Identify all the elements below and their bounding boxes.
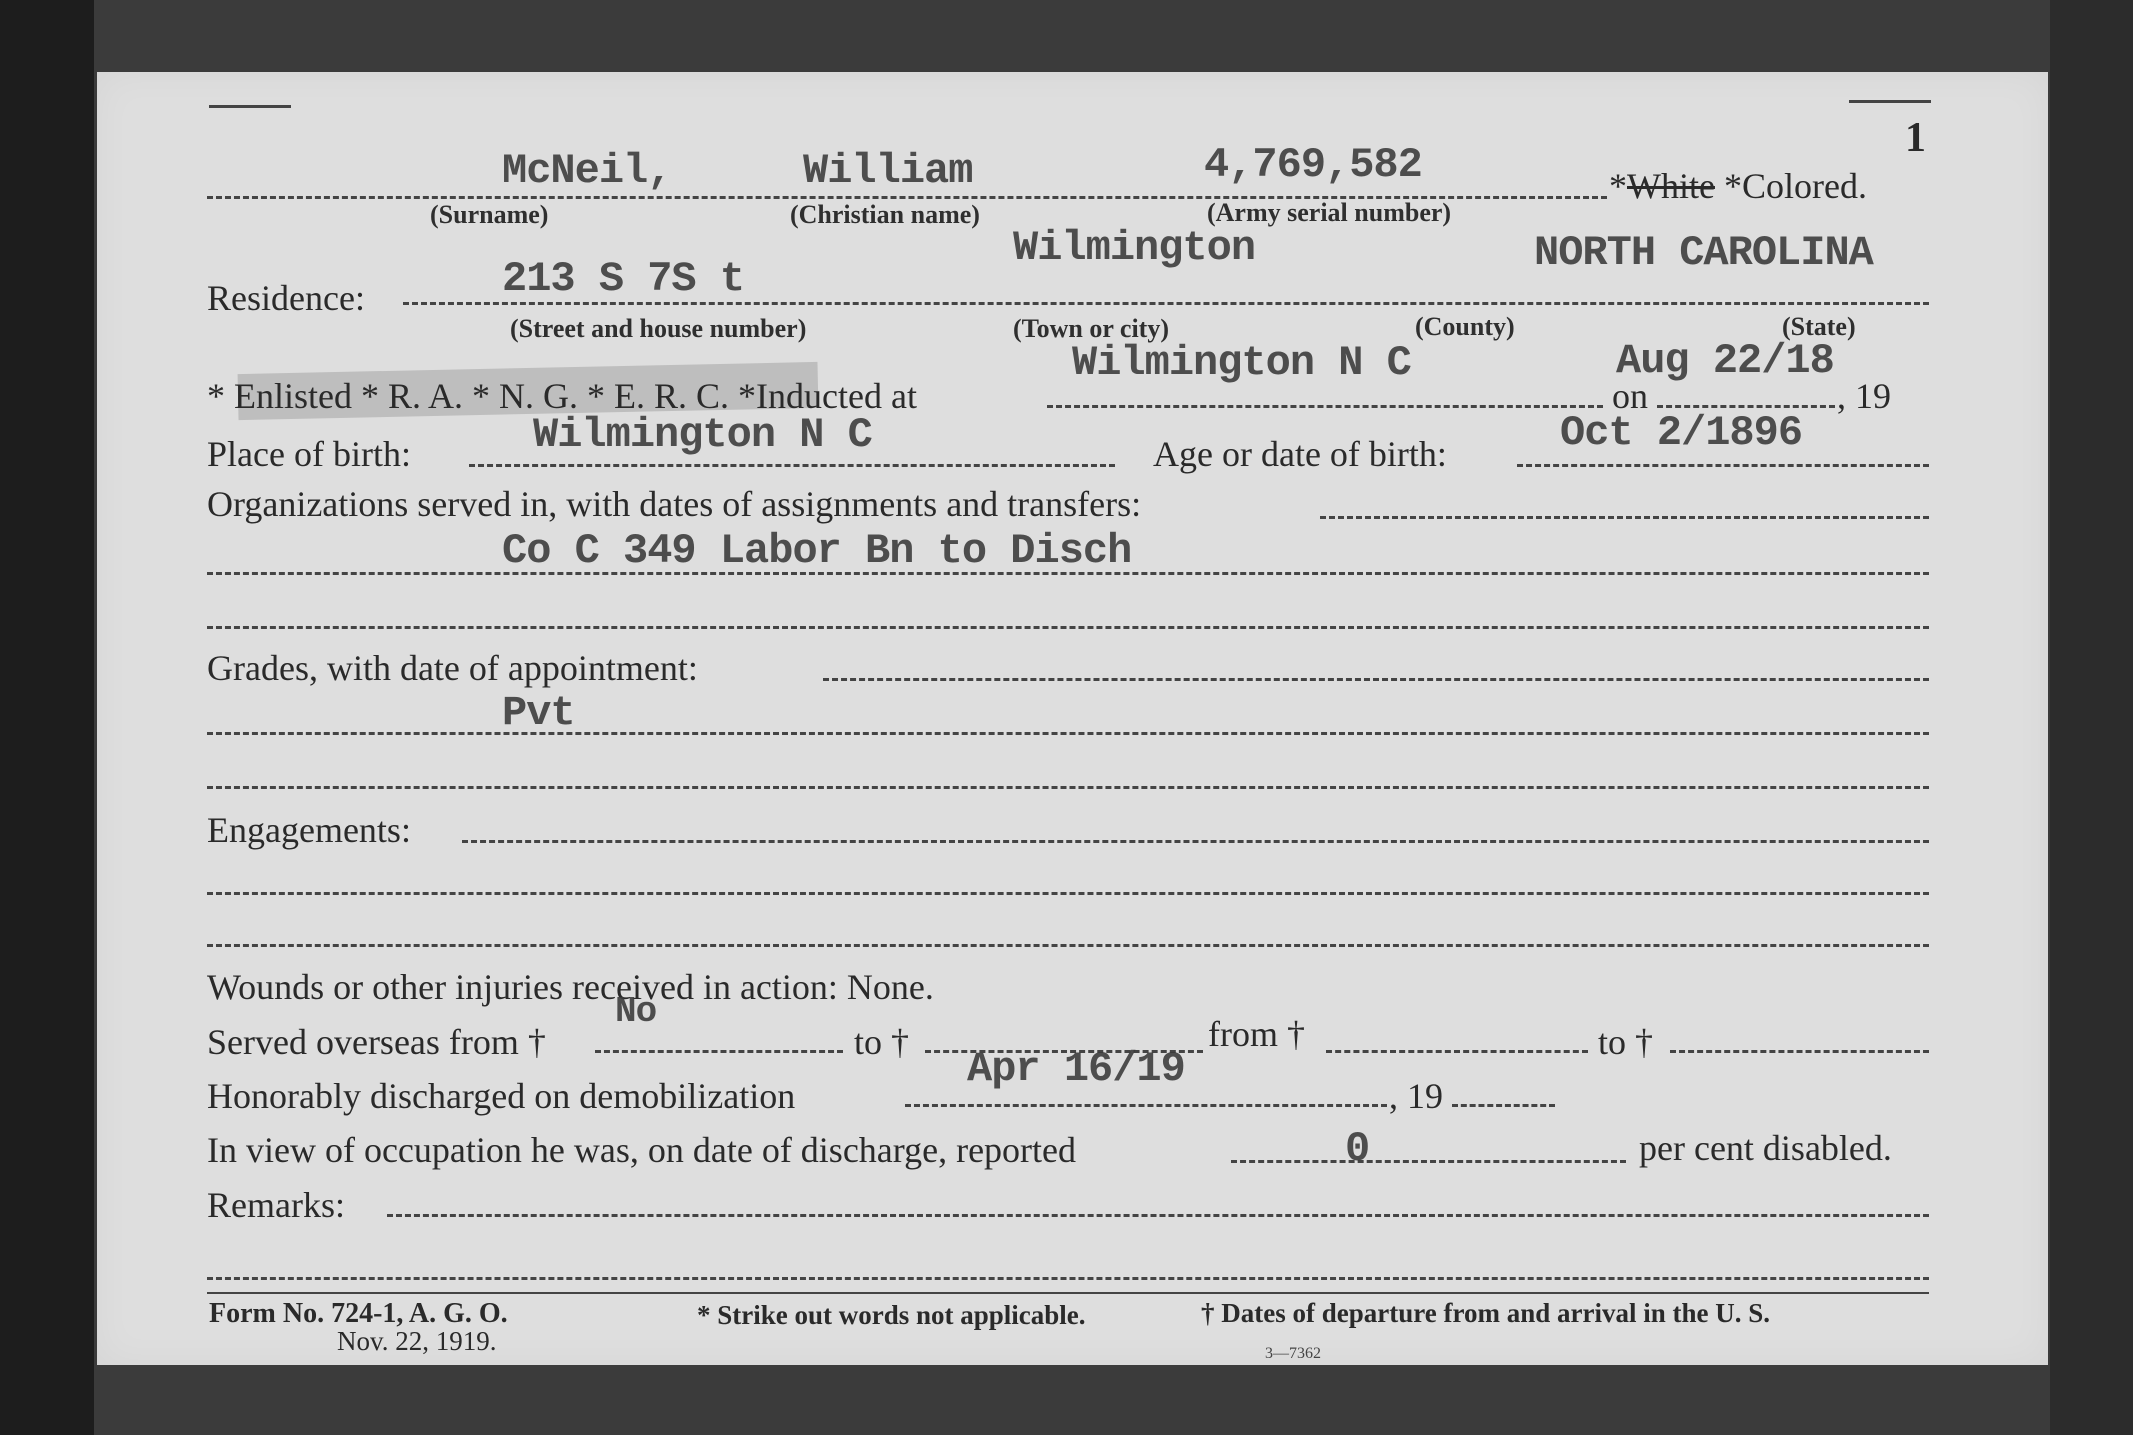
birth-place-value: Wilmington N C [533, 414, 872, 456]
race-colored: Colored. [1742, 166, 1867, 206]
discharge-line [905, 1104, 1387, 1107]
overseas-to2-line [1670, 1050, 1929, 1053]
county-label: (County) [1415, 314, 1515, 340]
organizations-label: Organizations served in, with dates of a… [207, 486, 1141, 522]
form-number: Form No. 724-1, A. G. O. [209, 1300, 508, 1328]
grades-label: Grades, with date of appointment: [207, 650, 698, 686]
corner-mark-left [209, 105, 291, 108]
organizations-line-1 [1320, 516, 1929, 519]
grades-line-1 [823, 678, 1929, 681]
discharge-date-value: Apr 16/19 [967, 1048, 1185, 1090]
grade-entry: Pvt [502, 692, 575, 734]
residence-state-value: NORTH CAROLINA [1534, 232, 1873, 274]
remarks-line-1 [387, 1214, 1929, 1217]
footer-rule [207, 1292, 1929, 1294]
inducted-date-value: Aug 22/18 [1616, 340, 1834, 382]
birth-place-label: Place of birth: [207, 436, 411, 472]
organizations-line-2 [207, 572, 1929, 575]
surname-label: (Surname) [430, 202, 548, 228]
grades-line-3 [207, 786, 1929, 789]
birth-place-line [469, 464, 1115, 467]
inducted-at-line [1047, 405, 1603, 408]
disability-value: 0 [1345, 1128, 1369, 1170]
disability-label: In view of occupation he was, on date of… [207, 1132, 1076, 1168]
birth-date-label: Age or date of birth: [1153, 436, 1447, 472]
organization-entry: Co C 349 Labor Bn to Disch [502, 530, 1131, 572]
surname-value: McNeil, [502, 150, 671, 192]
remarks-label: Remarks: [207, 1187, 345, 1223]
strike-note: * Strike out words not applicable. [697, 1302, 1086, 1329]
wounds-label: Wounds or other injuries received in act… [207, 969, 934, 1005]
scan-border-left [0, 0, 94, 1435]
serial-number-value: 4,769,582 [1204, 144, 1422, 186]
disability-suffix: per cent disabled. [1639, 1130, 1892, 1166]
inducted-date-line [1657, 405, 1835, 408]
race-options: *White *Colored. [1609, 168, 1867, 204]
engagements-line-2 [207, 892, 1929, 895]
engagements-line-3 [207, 944, 1929, 947]
christian-name-label: (Christian name) [790, 202, 980, 228]
overseas-from2-label: from † [1208, 1016, 1305, 1052]
birth-date-line [1517, 464, 1929, 467]
street-label: (Street and house number) [510, 316, 806, 342]
residence-line [403, 302, 1929, 305]
residence-street-value: 213 S 7S t [502, 258, 744, 300]
christian-name-value: William [803, 150, 972, 192]
overseas-to2-label: to † [1598, 1024, 1653, 1060]
overseas-from-value: No [615, 994, 656, 1030]
overseas-from-line [595, 1050, 843, 1053]
serial-number-label: (Army serial number) [1207, 200, 1451, 226]
race-white-struck: White [1627, 166, 1715, 206]
card-number: 1 [1905, 117, 1926, 159]
form-date: Nov. 22, 1919. [337, 1328, 497, 1355]
discharge-label: Honorably discharged on demobilization [207, 1078, 795, 1114]
scan-border-right [2050, 0, 2133, 1435]
discharge-year-line [1452, 1104, 1555, 1107]
engagements-label: Engagements: [207, 812, 411, 848]
grades-line-2 [207, 732, 1929, 735]
birth-date-value: Oct 2/1896 [1560, 412, 1802, 454]
residence-town-value: Wilmington [1013, 227, 1255, 269]
residence-label: Residence: [207, 280, 365, 316]
enlistment-options: * Enlisted * R. A. * N. G. * E. R. C. *I… [207, 378, 917, 414]
overseas-label: Served overseas from † [207, 1024, 546, 1060]
disability-line [1231, 1160, 1626, 1163]
inducted-at-value: Wilmington N C [1072, 342, 1411, 384]
overseas-to-label: to † [854, 1024, 909, 1060]
overseas-from2-line [1326, 1050, 1588, 1053]
corner-mark-right [1849, 100, 1931, 103]
year-suffix: , 19 [1837, 378, 1891, 414]
print-code: 3—7362 [1265, 1346, 1321, 1362]
dates-note: † Dates of departure from and arrival in… [1201, 1300, 1770, 1327]
discharge-year-suffix: , 19 [1389, 1078, 1443, 1114]
draft-record-card: 1 McNeil, William 4,769,582 *White *Colo… [97, 72, 2048, 1365]
organizations-line-3 [207, 626, 1929, 629]
engagements-line-1 [462, 840, 1929, 843]
remarks-line-2 [207, 1277, 1929, 1280]
